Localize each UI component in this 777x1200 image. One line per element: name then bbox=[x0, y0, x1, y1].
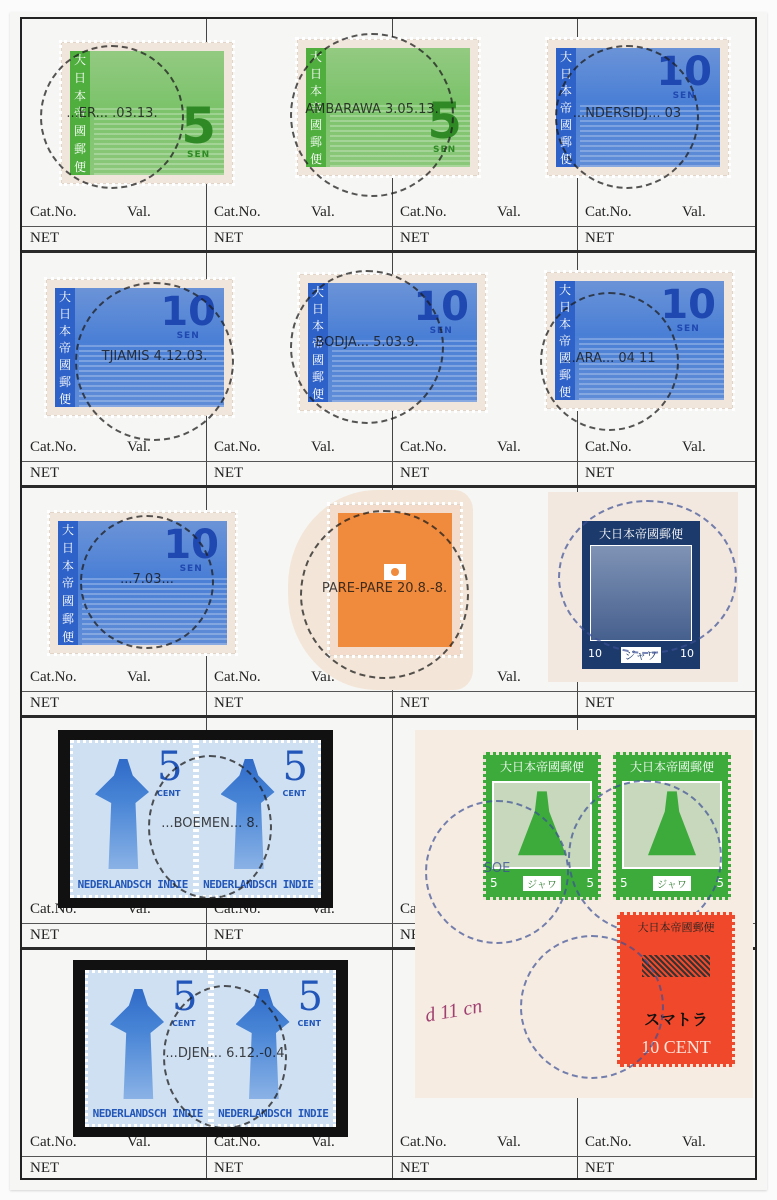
net-label: NET bbox=[30, 927, 59, 944]
stamp: 大日本帝國郵便10SEN bbox=[300, 275, 485, 410]
stamp-denomination: 5 bbox=[157, 747, 182, 787]
stamp-top-inscription: 大日本帝國郵便 bbox=[586, 525, 696, 542]
kanji-char: 郵 bbox=[74, 140, 86, 157]
flag-emblem bbox=[384, 564, 406, 580]
kanji-char: 帝 bbox=[310, 99, 322, 116]
cat-no-label: Cat.No. bbox=[585, 1134, 632, 1151]
stamp: 大日本帝國郵便10SEN bbox=[547, 273, 732, 408]
net-label: NET bbox=[30, 1160, 59, 1177]
stamp: 大日本帝國郵便5ジャワ5 bbox=[613, 752, 731, 900]
stamp-design: 大日本帝國郵便10SEN bbox=[55, 288, 224, 407]
kanji-char: 國 bbox=[74, 122, 86, 139]
stamp: 大日本帝國郵便5SEN bbox=[298, 40, 478, 175]
stamp-figure bbox=[95, 759, 149, 869]
kanji-char: 郵 bbox=[559, 366, 571, 383]
val-label: Val. bbox=[311, 439, 335, 456]
cat-no-label: Cat.No. bbox=[30, 1134, 77, 1151]
net-label: NET bbox=[400, 1160, 429, 1177]
cat-no-label: Cat.No. bbox=[30, 439, 77, 456]
grid-row-divider bbox=[22, 715, 755, 718]
val-label: Val. bbox=[127, 204, 151, 221]
net-label: NET bbox=[400, 695, 429, 712]
stamp-denomination: 5 bbox=[716, 876, 724, 890]
stamp: 5CENTNEDERLANDSCH INDIE bbox=[70, 740, 196, 898]
stamp-kana: ジャワ bbox=[523, 876, 561, 891]
kanji-char: 便 bbox=[312, 385, 324, 402]
stamp-denomination: 5 bbox=[586, 876, 594, 890]
stamp: 大日本帝國郵便10SEN bbox=[50, 513, 235, 653]
kanji-char: 日 bbox=[310, 65, 322, 82]
stamp-scene bbox=[82, 577, 227, 645]
stamp: 5CENTNEDERLANDSCH INDIE bbox=[85, 970, 211, 1127]
stamp-design: 大日本帝國郵便5SEN bbox=[306, 48, 470, 167]
val-label: Val. bbox=[497, 1134, 521, 1151]
kanji-char: 日 bbox=[62, 539, 74, 556]
kanji-char: 國 bbox=[62, 592, 74, 609]
stamp-figure bbox=[110, 989, 164, 1099]
kanji-char: 國 bbox=[59, 356, 71, 373]
stamp-side-inscription: 大日本帝國郵便 bbox=[556, 48, 576, 167]
stamp-scene bbox=[622, 781, 722, 869]
grid-row-divider bbox=[22, 485, 755, 488]
val-label: Val. bbox=[682, 1134, 706, 1151]
net-label: NET bbox=[400, 465, 429, 482]
cat-no-label: Cat.No. bbox=[585, 439, 632, 456]
stamp-inscription: NEDERLANDSCH INDIE bbox=[218, 1107, 330, 1120]
cat-no-label: Cat.No. bbox=[214, 439, 261, 456]
val-label: Val. bbox=[682, 204, 706, 221]
stamp-denomination: 10 bbox=[680, 647, 694, 663]
net-label: NET bbox=[214, 1160, 243, 1177]
stamp-design: 大日本帝國郵便5SEN bbox=[70, 51, 224, 175]
val-label: Val. bbox=[497, 669, 521, 686]
stamp: 大日本帝國郵便10SEN bbox=[548, 40, 728, 175]
kanji-char: 國 bbox=[312, 351, 324, 368]
net-label: NET bbox=[30, 695, 59, 712]
stamp-top-inscription: 大日本帝國郵便 bbox=[620, 919, 732, 935]
kanji-char: 帝 bbox=[62, 574, 74, 591]
kanji-char: 帝 bbox=[560, 99, 572, 116]
stamp-unit: SEN bbox=[160, 332, 216, 341]
stamp-denomination: 5 bbox=[620, 876, 628, 890]
stamp-denomination: 10SEN bbox=[656, 52, 712, 101]
stamp-denomination: 10 CENT bbox=[620, 1037, 732, 1058]
net-label: NET bbox=[585, 465, 614, 482]
stamp-bottom: 10ジャワ10 bbox=[588, 647, 694, 663]
net-label: NET bbox=[585, 230, 614, 247]
stamp-design: 大日本帝國郵便10SEN bbox=[555, 281, 724, 400]
kanji-char: 郵 bbox=[312, 368, 324, 385]
val-label: Val. bbox=[127, 669, 151, 686]
kanji-char: 國 bbox=[310, 116, 322, 133]
kanji-char: 大 bbox=[74, 51, 86, 68]
stamp-scene bbox=[579, 335, 724, 400]
val-label: Val. bbox=[682, 439, 706, 456]
stamp-inscription: NEDERLANDSCH INDIE bbox=[77, 878, 189, 891]
kanji-char: 大 bbox=[312, 283, 324, 300]
stamp-scene bbox=[590, 545, 692, 641]
kanji-char: 便 bbox=[74, 158, 86, 175]
stamp-denomination: 5SEN bbox=[181, 101, 216, 160]
stamp-unit: CENT bbox=[172, 1019, 196, 1028]
stamp-unit: SEN bbox=[427, 146, 462, 155]
net-label: NET bbox=[214, 927, 243, 944]
stamp-denomination: 5 bbox=[172, 977, 197, 1017]
stamp-side-inscription: 大日本帝國郵便 bbox=[70, 51, 90, 175]
stamp-inscription: NEDERLANDSCH INDIE bbox=[92, 1107, 204, 1120]
kanji-char: 大 bbox=[560, 48, 572, 65]
kanji-char: 日 bbox=[559, 298, 571, 315]
kanji-char: 帝 bbox=[312, 334, 324, 351]
stamp-side-inscription: 大日本帝國郵便 bbox=[308, 283, 328, 402]
stamp-top-inscription: 大日本帝國郵便 bbox=[490, 758, 594, 778]
stamp-bottom: 5ジャワ5 bbox=[620, 873, 724, 893]
kanji-char: 帝 bbox=[59, 339, 71, 356]
kanji-char: 便 bbox=[59, 390, 71, 407]
stamp-denomination: 10SEN bbox=[163, 525, 219, 574]
stamp-figure bbox=[221, 759, 275, 869]
kanji-char: 大 bbox=[559, 281, 571, 298]
kanji-char: 本 bbox=[74, 87, 86, 104]
stamp-denomination: 10 bbox=[588, 647, 602, 663]
kanji-char: 大 bbox=[59, 288, 71, 305]
kanji-char: 大 bbox=[62, 521, 74, 538]
stamp bbox=[330, 505, 460, 655]
net-label: NET bbox=[585, 695, 614, 712]
stamp-top-inscription: 大日本帝國郵便 bbox=[620, 758, 724, 778]
kanji-char: 本 bbox=[59, 322, 71, 339]
stamp-scene bbox=[332, 337, 477, 402]
stamp-denomination: 10SEN bbox=[160, 292, 216, 341]
net-label: NET bbox=[400, 230, 429, 247]
stamp-kana: ジャワ bbox=[621, 647, 662, 663]
stamp: 5CENTNEDERLANDSCH INDIE bbox=[196, 740, 322, 898]
stamp-side-inscription: 大日本帝國郵便 bbox=[58, 521, 78, 645]
val-label: Val. bbox=[497, 439, 521, 456]
stamp-side-inscription: 大日本帝國郵便 bbox=[555, 281, 575, 400]
stamp: 大日本帝國郵便5ジャワ5 bbox=[483, 752, 601, 900]
stamp-side-inscription: 大日本帝國郵便 bbox=[306, 48, 326, 167]
val-label: Val. bbox=[497, 204, 521, 221]
label-divider bbox=[22, 226, 755, 227]
stamp-unit: CENT bbox=[157, 789, 181, 798]
kanji-char: 便 bbox=[559, 383, 571, 400]
stamp-scene bbox=[492, 781, 592, 869]
flag-sun bbox=[391, 568, 399, 576]
cat-no-label: Cat.No. bbox=[400, 204, 447, 221]
label-divider bbox=[22, 1156, 755, 1157]
kanji-char: 國 bbox=[559, 349, 571, 366]
stamp: 大日本帝國郵便5SEN bbox=[62, 43, 232, 183]
stamp-unit: SEN bbox=[656, 92, 712, 101]
net-label: NET bbox=[30, 230, 59, 247]
kanji-char: 國 bbox=[560, 116, 572, 133]
net-label: NET bbox=[214, 230, 243, 247]
cat-no-label: Cat.No. bbox=[30, 669, 77, 686]
stamp-scene bbox=[580, 102, 720, 167]
stamp-figure bbox=[236, 989, 290, 1099]
stamp-denomination: 10SEN bbox=[413, 287, 469, 336]
stamp-unit: CENT bbox=[283, 789, 307, 798]
kanji-char: 日 bbox=[59, 305, 71, 322]
kanji-char: 郵 bbox=[59, 373, 71, 390]
kanji-char: 日 bbox=[312, 300, 324, 317]
kanji-char: 本 bbox=[62, 557, 74, 574]
stamp-denomination: 5 bbox=[283, 747, 308, 787]
cat-no-label: Cat.No. bbox=[214, 669, 261, 686]
stamp-unit: SEN bbox=[660, 325, 716, 334]
grid-row-divider bbox=[22, 250, 755, 253]
kanji-char: 便 bbox=[560, 150, 572, 167]
stamp-inscription: NEDERLANDSCH INDIE bbox=[203, 878, 315, 891]
stamp-side-inscription: 大日本帝國郵便 bbox=[55, 288, 75, 407]
val-label: Val. bbox=[127, 439, 151, 456]
stamp-denomination: 10SEN bbox=[660, 285, 716, 334]
kanji-char: 本 bbox=[312, 317, 324, 334]
stamp-unit: SEN bbox=[413, 327, 469, 336]
net-label: NET bbox=[585, 1160, 614, 1177]
kanji-char: 日 bbox=[560, 65, 572, 82]
kanji-char: 日 bbox=[74, 69, 86, 86]
kanji-char: 大 bbox=[310, 48, 322, 65]
stamp-denomination: 5SEN bbox=[427, 96, 462, 155]
kanji-char: 郵 bbox=[560, 133, 572, 150]
stamp: 5CENTNEDERLANDSCH INDIE bbox=[211, 970, 337, 1127]
overprint-kana: スマトラ bbox=[620, 1007, 732, 1030]
val-label: Val. bbox=[311, 204, 335, 221]
net-label: NET bbox=[214, 695, 243, 712]
kanji-char: 本 bbox=[560, 82, 572, 99]
kanji-char: 本 bbox=[559, 315, 571, 332]
stamp: 大日本帝國郵便スマトラ10 CENT bbox=[617, 912, 735, 1067]
kanji-char: 本 bbox=[310, 82, 322, 99]
cat-no-label: Cat.No. bbox=[30, 204, 77, 221]
stamp-denomination: 5 bbox=[298, 977, 323, 1017]
stamp-denomination: 5 bbox=[490, 876, 498, 890]
stamp-design bbox=[338, 513, 452, 647]
label-divider bbox=[22, 691, 755, 692]
stamp-design: 大日本帝國郵便10SEN bbox=[308, 283, 477, 402]
kanji-char: 郵 bbox=[62, 610, 74, 627]
stamp-scene bbox=[79, 342, 224, 407]
stamp-unit: SEN bbox=[181, 151, 216, 160]
net-label: NET bbox=[214, 465, 243, 482]
kanji-char: 便 bbox=[62, 628, 74, 645]
kanji-char: 帝 bbox=[74, 104, 86, 121]
net-label: NET bbox=[30, 465, 59, 482]
stamp-design: 大日本帝國郵便10SEN bbox=[556, 48, 720, 167]
stamp-kana: ジャワ bbox=[653, 876, 691, 891]
cat-no-label: Cat.No. bbox=[214, 204, 261, 221]
kanji-char: 便 bbox=[310, 150, 322, 167]
stamp: 大日本帝國郵便10ジャワ10 bbox=[582, 521, 700, 669]
kanji-char: 郵 bbox=[310, 133, 322, 150]
cat-no-label: Cat.No. bbox=[400, 439, 447, 456]
label-divider bbox=[22, 461, 755, 462]
stamp-design: 大日本帝國郵便10SEN bbox=[58, 521, 227, 645]
cat-no-label: Cat.No. bbox=[585, 204, 632, 221]
stamp-unit: CENT bbox=[298, 1019, 322, 1028]
stamp-bottom: 5ジャワ5 bbox=[490, 873, 594, 893]
stamp: 大日本帝國郵便10SEN bbox=[47, 280, 232, 415]
kanji-char: 帝 bbox=[559, 332, 571, 349]
overprint-bars bbox=[642, 955, 710, 977]
cat-no-label: Cat.No. bbox=[400, 1134, 447, 1151]
stamp-unit: SEN bbox=[163, 565, 219, 574]
